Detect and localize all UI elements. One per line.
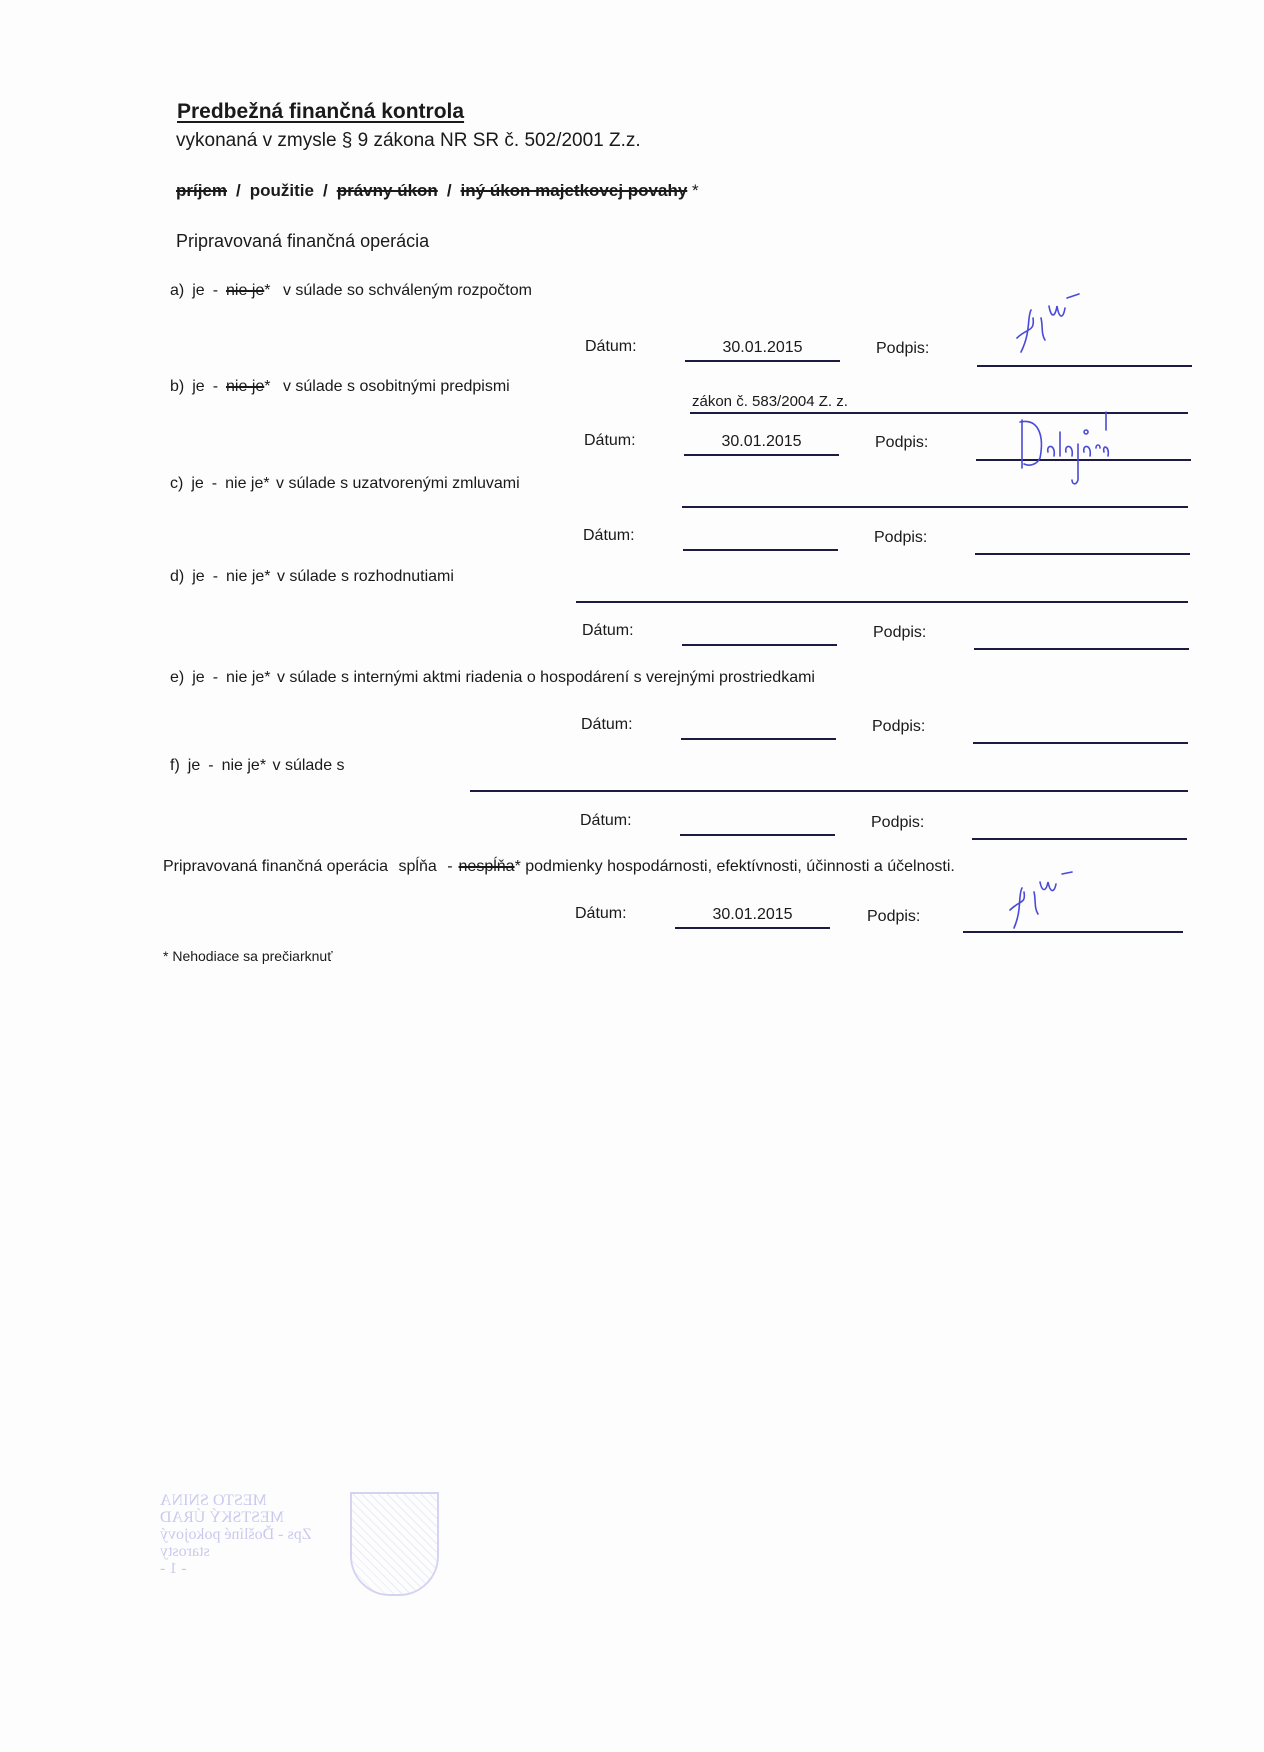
option-je: je bbox=[191, 475, 203, 492]
item-text: v súlade s osobitnými predpismi bbox=[283, 378, 510, 395]
signature-line bbox=[973, 742, 1188, 744]
date-label: Dátum: bbox=[581, 716, 633, 734]
checklist-item-f: f)je-nie je* v súlade s bbox=[170, 757, 345, 775]
date-label: Dátum: bbox=[582, 622, 634, 640]
conclusion-positive: spĺňa bbox=[398, 858, 436, 875]
signature-label: Podpis: bbox=[874, 529, 927, 547]
signature-label: Podpis: bbox=[872, 718, 925, 736]
stamp-line: Zps - Ďošlíné pokojový bbox=[160, 1526, 340, 1543]
item-text: v súlade so schváleným rozpočtom bbox=[283, 282, 532, 299]
signature-mark-a bbox=[1005, 288, 1115, 368]
signature-mark-b bbox=[1000, 408, 1110, 488]
stamp-line: - 1 - bbox=[160, 1560, 340, 1577]
item-text: v súlade s bbox=[273, 757, 345, 774]
date-label: Dátum: bbox=[584, 432, 636, 450]
signature-line bbox=[975, 553, 1190, 555]
date-line bbox=[682, 644, 837, 646]
type-prijem: príjem bbox=[176, 181, 227, 200]
date-line bbox=[684, 454, 839, 456]
stamp-line: starosty bbox=[160, 1543, 340, 1560]
operation-types: príjem/použitie/právny úkon/iný úkon maj… bbox=[176, 181, 699, 201]
date-line bbox=[681, 738, 836, 740]
conclusion-statement: Pripravovaná finančná operácia spĺňa -ne… bbox=[163, 858, 955, 876]
document-subtitle: vykonaná v zmysle § 9 zákona NR SR č. 50… bbox=[176, 130, 641, 152]
signature-label: Podpis: bbox=[871, 814, 924, 832]
date-value: 30.01.2015 bbox=[685, 339, 840, 357]
fill-in-line bbox=[576, 601, 1188, 603]
item-text: v súlade s internými aktmi riadenia o ho… bbox=[277, 669, 815, 686]
conclusion-signature-label: Podpis: bbox=[867, 908, 920, 926]
date-line bbox=[680, 834, 835, 836]
option-nie-je: nie je bbox=[226, 568, 264, 585]
option-je: je bbox=[192, 669, 204, 686]
checklist-item-a: a)je-nie je* v súlade so schváleným rozp… bbox=[170, 282, 532, 300]
option-nie-je: nie je bbox=[226, 378, 264, 395]
conclusion-date-line bbox=[675, 927, 830, 929]
type-pouzitie: použitie bbox=[250, 181, 314, 200]
item-text: v súlade s uzatvorenými zmluvami bbox=[276, 475, 520, 492]
date-label: Dátum: bbox=[585, 338, 637, 356]
type-iny-ukon: iný úkon majetkovej povahy bbox=[461, 181, 688, 200]
signature-line bbox=[972, 838, 1187, 840]
checklist-item-e: e)je-nie je* v súlade s internými aktmi … bbox=[170, 669, 815, 687]
stamp-line: MESTSKÝ ÚRAD bbox=[160, 1509, 340, 1526]
option-nie-je: nie je bbox=[225, 475, 263, 492]
date-value: 30.01.2015 bbox=[684, 433, 839, 451]
signature-label: Podpis: bbox=[875, 434, 928, 452]
stamp-coat-of-arms-icon bbox=[350, 1492, 439, 1596]
signature-line bbox=[974, 648, 1189, 650]
date-label: Dátum: bbox=[583, 527, 635, 545]
fill-in-line bbox=[470, 790, 1188, 792]
item-text: v súlade s rozhodnutiami bbox=[277, 568, 454, 585]
conclusion-negative: nespĺňa bbox=[459, 858, 515, 875]
stamp-text: MESTO SNINAMESTSKÝ ÚRADZps - Ďošlíné pok… bbox=[160, 1492, 340, 1577]
checklist-item-b: b)je-nie je* v súlade s osobitnými predp… bbox=[170, 378, 510, 396]
date-line bbox=[683, 549, 838, 551]
date-label: Dátum: bbox=[580, 812, 632, 830]
official-stamp: MESTO SNINAMESTSKÝ ÚRADZps - Ďošlíné pok… bbox=[160, 1480, 450, 1605]
date-line bbox=[685, 360, 840, 362]
conclusion-date-label: Dátum: bbox=[575, 905, 627, 923]
option-nie-je: nie je bbox=[226, 282, 264, 299]
checklist-item-c: c)je-nie je* v súlade s uzatvorenými zml… bbox=[170, 475, 520, 493]
option-nie-je: nie je bbox=[226, 669, 264, 686]
footnote: * Nehodiace sa prečiarknuť bbox=[163, 948, 332, 964]
checklist-item-d: d)je-nie je* v súlade s rozhodnutiami bbox=[170, 568, 454, 586]
fill-in-line bbox=[690, 412, 1188, 414]
intro-text: Pripravovaná finančná operácia bbox=[176, 231, 429, 252]
stamp-line: MESTO SNINA bbox=[160, 1492, 340, 1509]
signature-mark-conclusion bbox=[1000, 870, 1090, 940]
option-nie-je: nie je bbox=[222, 757, 260, 774]
option-je: je bbox=[192, 378, 204, 395]
conclusion-date-value: 30.01.2015 bbox=[675, 906, 830, 924]
option-je: je bbox=[192, 568, 204, 585]
fill-in-line bbox=[682, 506, 1188, 508]
option-je: je bbox=[188, 757, 200, 774]
document-title: Predbežná finančná kontrola bbox=[177, 100, 464, 124]
type-pravny-ukon: právny úkon bbox=[337, 181, 438, 200]
option-je: je bbox=[192, 282, 204, 299]
signature-label: Podpis: bbox=[873, 624, 926, 642]
fill-in-text: zákon č. 583/2004 Z. z. bbox=[692, 393, 848, 410]
signature-label: Podpis: bbox=[876, 340, 929, 358]
